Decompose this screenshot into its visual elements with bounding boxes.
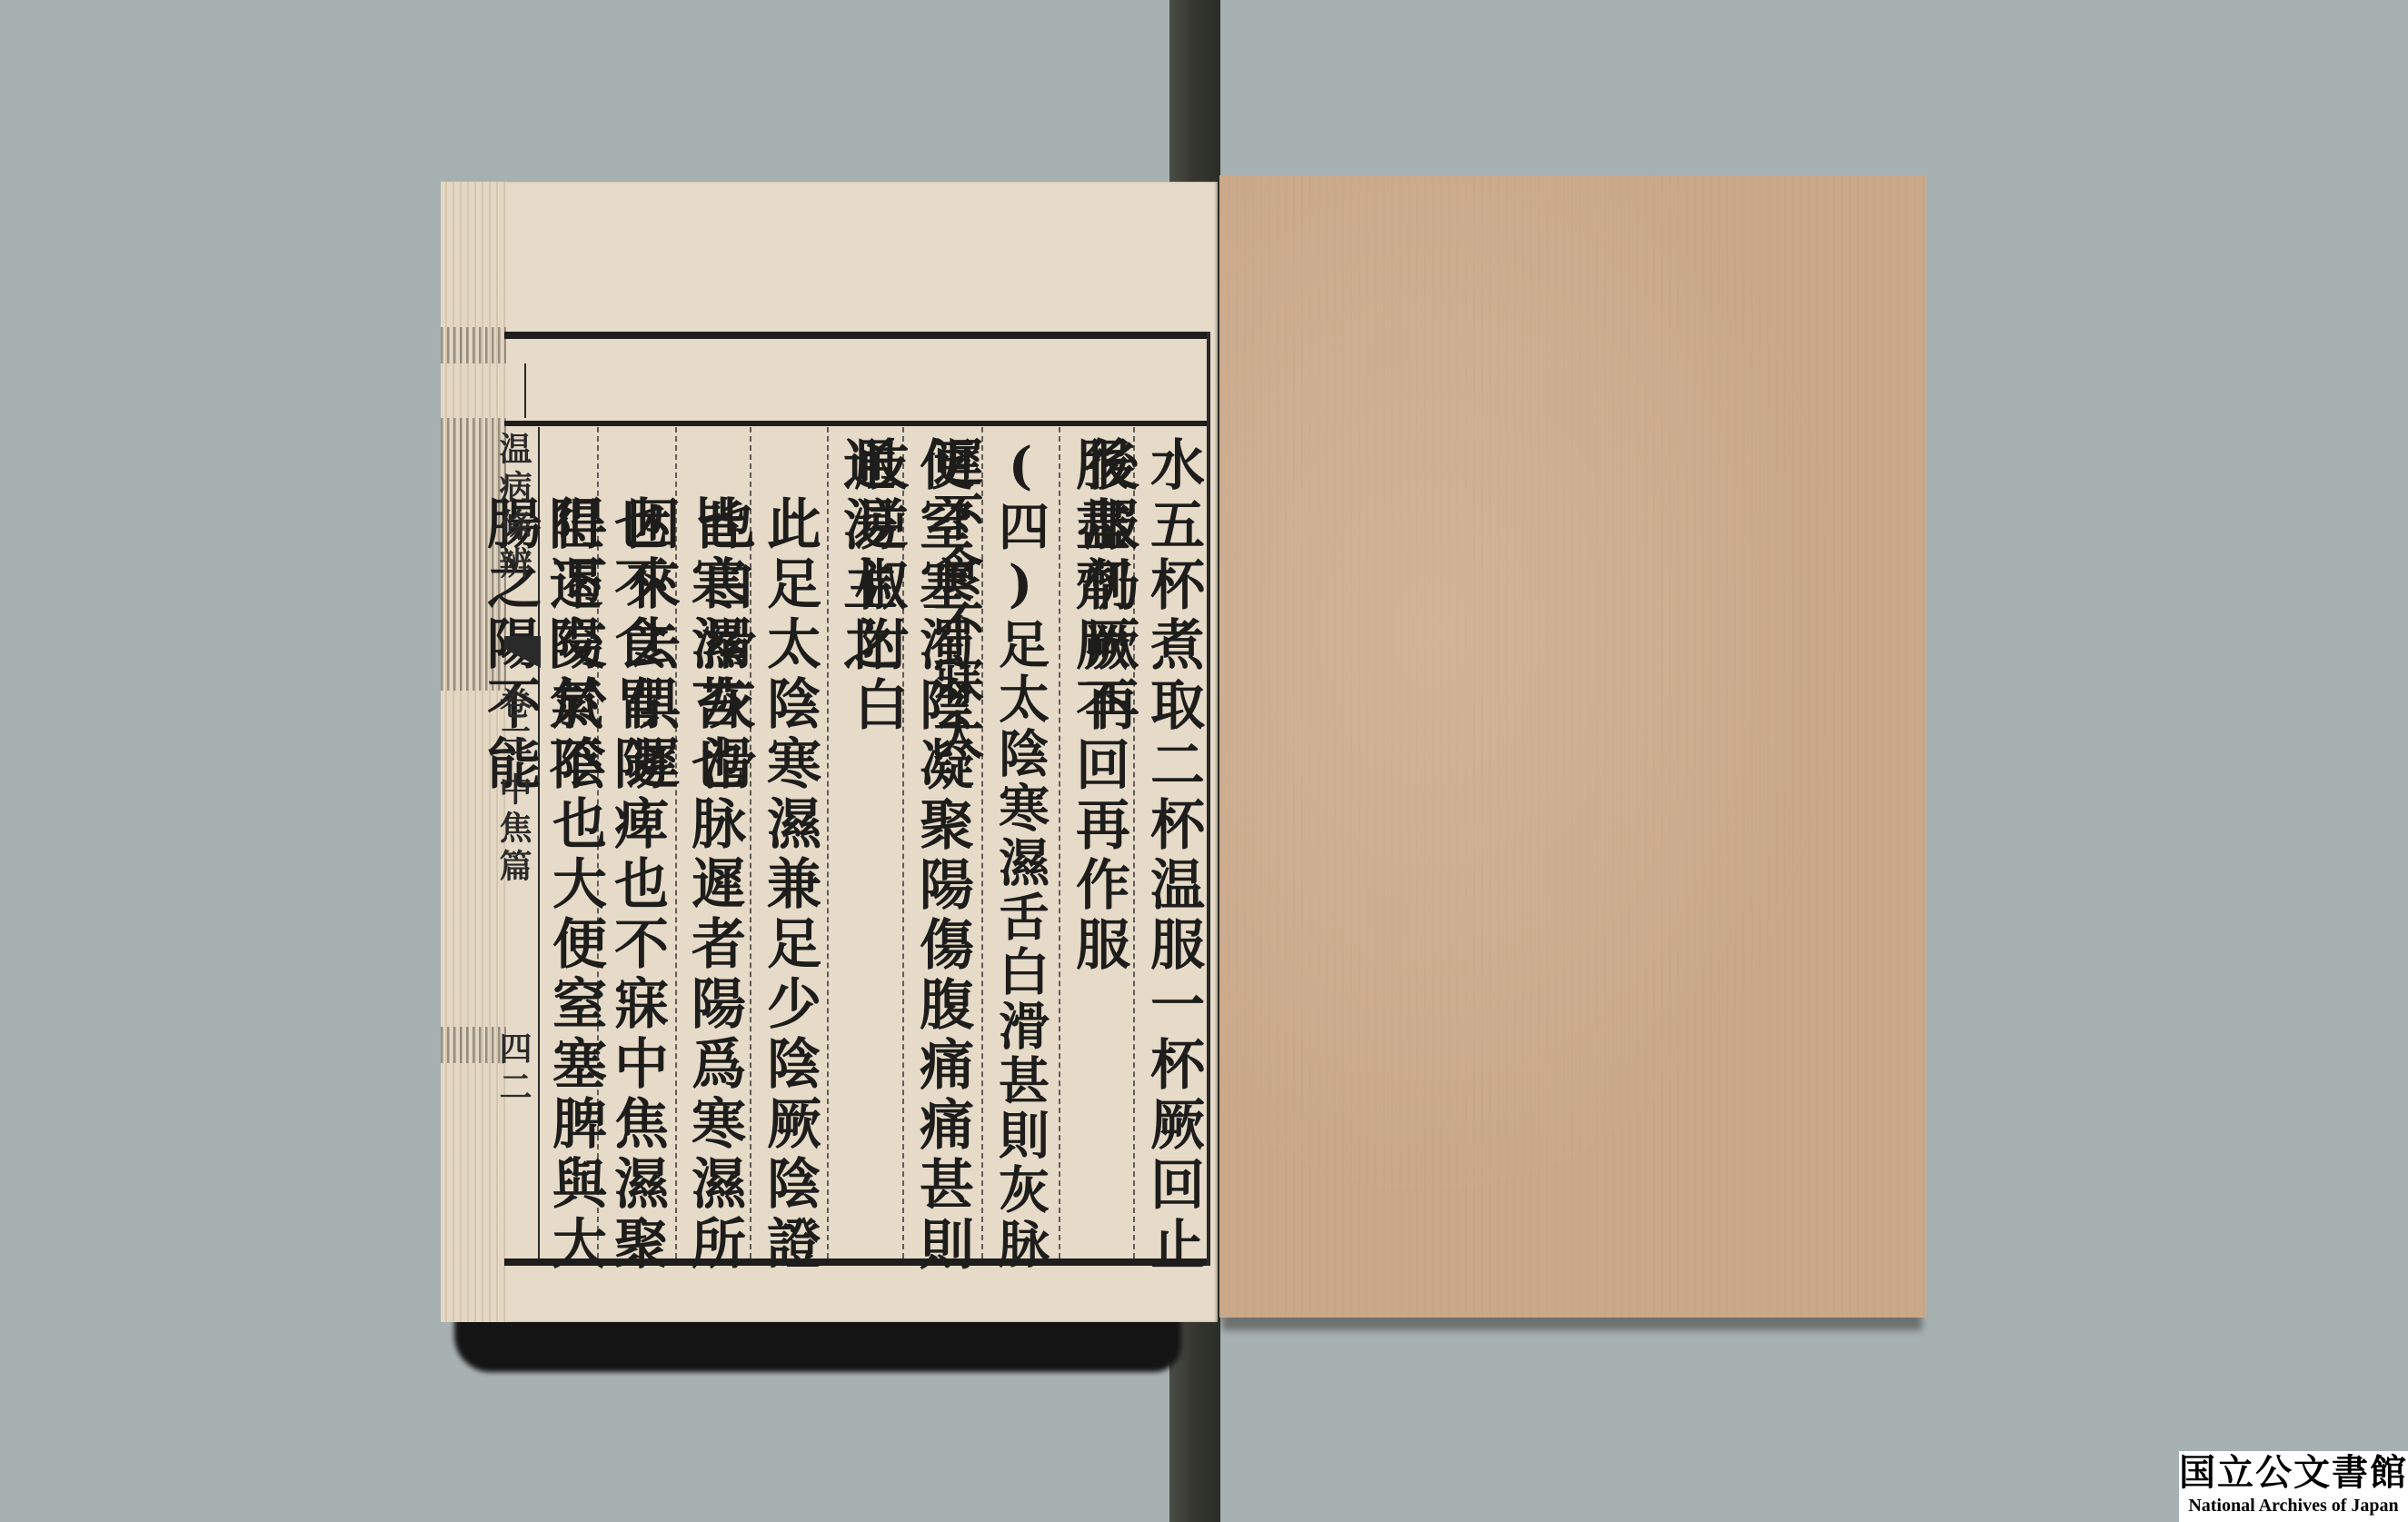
text-column-1: 水五杯煮取二杯温服一杯厥回止後服仍厥再 [1140, 436, 1206, 1322]
logo-japanese: 国立公文書館 [2179, 1451, 2408, 1495]
margin-section: 中焦篇 [501, 772, 537, 887]
text-column-5: 通湯主之 [833, 436, 899, 676]
archive-logo: 国立公文書館 National Archives of Japan [2179, 1451, 2408, 1522]
header-bottom-rule [504, 421, 1209, 426]
text-column-6: 此足太陰寒濕兼足少陰厥陰證也白滑灰滑 [757, 495, 822, 1322]
right-page-blank [1219, 175, 1926, 1318]
logo-english: National Archives of Japan [2179, 1495, 2408, 1517]
margin-title: 温病條辨 [501, 432, 537, 584]
column-divider [827, 427, 829, 1258]
margin-volume: 卷三 [501, 686, 537, 762]
frame-right-border [1207, 332, 1210, 1266]
column-divider [1059, 427, 1060, 1258]
frame-top-rule [504, 332, 1209, 339]
text-column-3: (四)足太陰寒濕舌白滑甚則灰脉遲不食不寐大 [988, 436, 1053, 1322]
stack-ink-mark [441, 327, 506, 363]
margin-page-number: 四二 [501, 1031, 537, 1108]
text-column-8: 也不食胃陽痺也不寐中焦濕聚阻遏陽氣不 [604, 495, 670, 1322]
left-page: 水五杯煮取二杯温服一杯厥回止後服仍厥再 服盡劑厥不回再作服 (四)足太陰寒濕舌白… [441, 182, 1218, 1322]
text-column-7: 皆寒濕苔也脉遲者陽爲寒濕所困來去俱遲 [682, 495, 747, 1322]
header-left-tick [524, 363, 526, 418]
text-column-4: 便窒塞濁陰凝聚陽傷腹痛痛甚則肢逆椒附白 [910, 436, 975, 1322]
text-column-9: 得下交於陰也大便窒塞脾與大腸之陽不能 [542, 495, 608, 1322]
text-column-2: 服盡劑厥不回再作服 [1066, 436, 1131, 976]
